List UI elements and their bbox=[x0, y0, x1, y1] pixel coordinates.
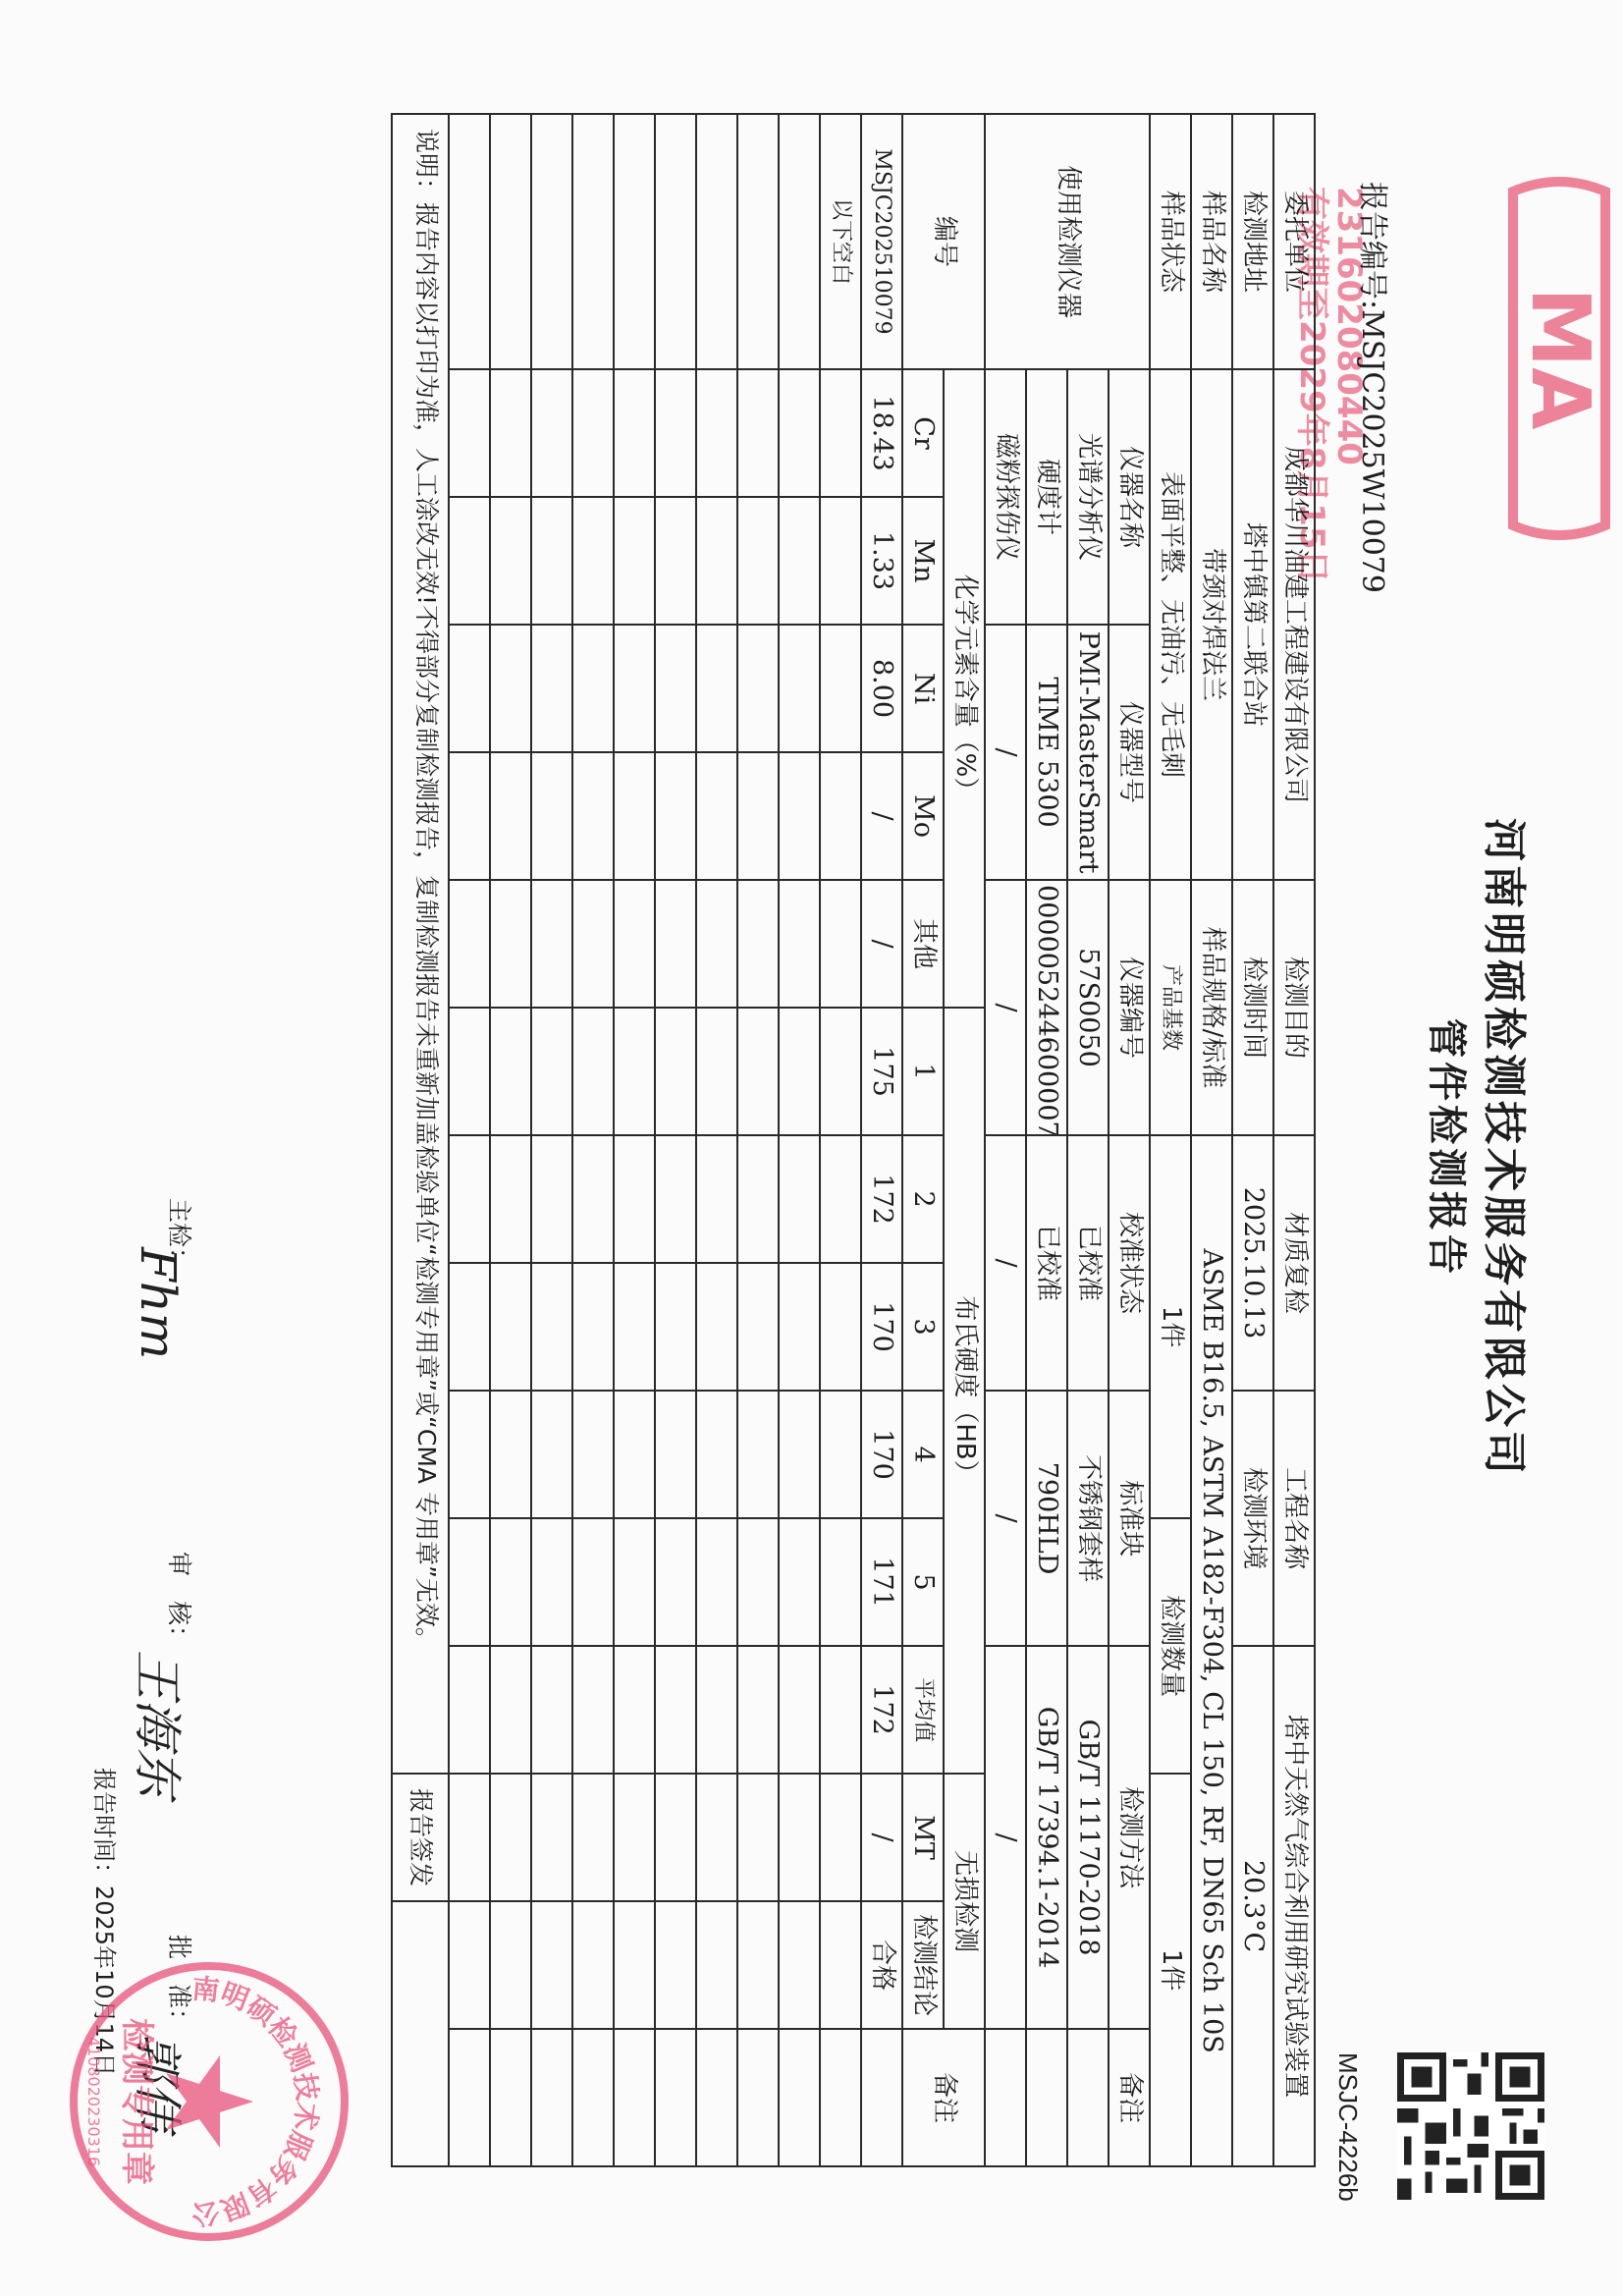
instrument-col-calibration: 校准状态 bbox=[1109, 1135, 1150, 1391]
info-row-client: 委托单位 成都华川油建工程建设有限公司 检测目的 材质复检 工程名称 塔中天然气… bbox=[1273, 114, 1315, 2166]
results-header-row: 编号 化学元素含量（%） 布氏硬度（HB） 无损检测 备注 bbox=[944, 114, 985, 2166]
report-number: 报告编号:MSJC2025W10079 bbox=[1354, 182, 1397, 593]
chem-section-label: 化学元素含量（%） bbox=[944, 369, 985, 1008]
spec-label: 样品规格/标准 bbox=[1191, 880, 1232, 1135]
results-row: MSJC202510079 18.43 1.33 8.00 / / 175 17… bbox=[861, 114, 902, 2166]
spec-value: ASME B16.5, ASTM A182-F304, CL 150, RF, … bbox=[1191, 1135, 1232, 2166]
chem-col-mn: Mn bbox=[902, 497, 944, 625]
instrument-col-block: 标准块 bbox=[1109, 1391, 1150, 1646]
base-qty-value: 1件 bbox=[1150, 1135, 1191, 1518]
form-code: MSJC-4226b bbox=[1332, 2052, 1363, 2202]
instrument-header-row: 使用检测仪器 仪器名称 仪器型号 仪器编号 校准状态 标准块 检测方法 备注 bbox=[1109, 114, 1150, 2166]
hard-5: 171 bbox=[861, 1518, 902, 1646]
empty-row bbox=[779, 114, 820, 2166]
chem-cr: 18.43 bbox=[861, 369, 902, 497]
chem-other: / bbox=[861, 880, 902, 1008]
state-label: 样品状态 bbox=[1150, 114, 1191, 369]
instrument-name: 磁粉探伤仪 bbox=[985, 369, 1026, 625]
info-row-sample: 样品名称 带颈对焊法兰 样品规格/标准 ASME B16.5, ASTM A18… bbox=[1191, 114, 1232, 2166]
instrument-method: / bbox=[985, 1646, 1026, 2029]
sample-id: MSJC202510079 bbox=[861, 114, 902, 369]
instrument-block: 不锈钢套样 bbox=[1067, 1391, 1109, 1646]
cma-stamp-icon: MA bbox=[1505, 172, 1613, 545]
blank-note-row: 以下空白 bbox=[820, 114, 861, 2166]
base-qty-label: 产品基数 bbox=[1150, 880, 1191, 1135]
signature-area bbox=[392, 1901, 449, 2166]
hard-col-2: 2 bbox=[902, 1135, 944, 1263]
instrument-name: 光谱分析仪 bbox=[1067, 369, 1109, 625]
instrument-col-remark: 备注 bbox=[1109, 2029, 1150, 2166]
empty-row bbox=[490, 114, 531, 2166]
info-row-state: 样品状态 表面平整、无油污、无毛刺 产品基数 1件 检测数量 1件 bbox=[1150, 114, 1191, 2166]
conclusion-label: 检测结论 bbox=[902, 1901, 944, 2029]
address-value: 塔中镇第二联合站 bbox=[1232, 369, 1273, 880]
report-title: 管件检测报告 bbox=[1422, 0, 1478, 2296]
instrument-col-model: 仪器型号 bbox=[1109, 625, 1150, 880]
instrument-block: / bbox=[985, 1391, 1026, 1646]
instrument-remark bbox=[985, 2029, 1026, 2166]
instrument-calibration: 已校准 bbox=[1026, 1135, 1067, 1391]
reviewer-signature: 王海东 bbox=[126, 1650, 196, 1797]
state-value: 表面平整、无油污、无毛刺 bbox=[1150, 369, 1191, 880]
blank-note: 以下空白 bbox=[820, 114, 861, 369]
hard-col-3: 3 bbox=[902, 1263, 944, 1391]
hard-col-1: 1 bbox=[902, 1008, 944, 1135]
project-value: 塔中天然气综合利用研究试验装置 bbox=[1273, 1646, 1315, 2166]
instrument-name: 硬度计 bbox=[1026, 369, 1067, 625]
hardness-section-label: 布氏硬度（HB） bbox=[944, 1008, 985, 1774]
purpose-value: 材质复检 bbox=[1273, 1135, 1315, 1391]
hard-col-avg: 平均值 bbox=[902, 1646, 944, 1774]
client-value: 成都华川油建工程建设有限公司 bbox=[1273, 369, 1315, 880]
instrument-model: TIME 5300 bbox=[1026, 625, 1067, 880]
hard-col-5: 5 bbox=[902, 1518, 944, 1646]
sign-label: 报告签发 bbox=[392, 1774, 449, 1901]
seal-sub-text: 检测专用章 bbox=[117, 2018, 156, 2185]
sample-name-label: 样品名称 bbox=[1191, 114, 1232, 369]
chem-mn: 1.33 bbox=[861, 497, 902, 625]
qr-code-icon bbox=[1397, 2052, 1544, 2200]
results-remark-label: 备注 bbox=[902, 2029, 985, 2166]
ndt-section-label: 无损检测 bbox=[944, 1774, 985, 2029]
instrument-serial: / bbox=[985, 880, 1026, 1135]
ndt-method: MT bbox=[902, 1774, 944, 1901]
report-time-label: 报告时间： bbox=[90, 1768, 118, 1886]
results-id-label: 编号 bbox=[902, 114, 985, 369]
seal-code: 4108020230316 bbox=[84, 2037, 103, 2166]
chem-col-cr: Cr bbox=[902, 369, 944, 497]
env-value: 20.3°C bbox=[1232, 1646, 1273, 2166]
report-number-value: MSJC2025W10079 bbox=[1355, 309, 1389, 593]
inspector-signature: Fhm bbox=[130, 1247, 187, 1359]
hard-1: 175 bbox=[861, 1008, 902, 1135]
sample-name-value: 带颈对焊法兰 bbox=[1191, 369, 1232, 880]
cma-text: MA bbox=[1513, 287, 1606, 430]
hard-2: 172 bbox=[861, 1135, 902, 1263]
instrument-row: 光谱分析仪 PMI-MasterSmart 57S0050 已校准 不锈钢套样 … bbox=[1067, 114, 1109, 2166]
empty-row bbox=[655, 114, 696, 2166]
chem-mo: / bbox=[861, 752, 902, 880]
project-label: 工程名称 bbox=[1273, 1391, 1315, 1646]
instrument-model: PMI-MasterSmart bbox=[1067, 625, 1109, 880]
chem-col-ni: Ni bbox=[902, 625, 944, 752]
instrument-col-name: 仪器名称 bbox=[1109, 369, 1150, 625]
hard-4: 170 bbox=[861, 1391, 902, 1518]
info-row-address: 检测地址 塔中镇第二联合站 检测时间 2025.10.13 检测环境 20.3°… bbox=[1232, 114, 1273, 2166]
instrument-remark bbox=[1026, 2029, 1067, 2166]
conclusion-value: 合格 bbox=[861, 1901, 902, 2029]
test-qty-value: 1件 bbox=[1150, 1774, 1191, 2166]
report-sheet: 河南明硕检测技术服务有限公司 管件检测报告 MA 231602080440 有效… bbox=[0, 0, 1623, 2296]
instrument-col-method: 检测方法 bbox=[1109, 1646, 1150, 2029]
empty-row bbox=[737, 114, 779, 2166]
instrument-model: / bbox=[985, 625, 1026, 880]
empty-rows bbox=[449, 114, 820, 2166]
client-label: 委托单位 bbox=[1273, 114, 1315, 369]
results-subheader-row: Cr Mn Ni Mo 其他 1 2 3 4 5 平均值 MT 检测结论 bbox=[902, 114, 944, 2166]
empty-row bbox=[572, 114, 614, 2166]
instrument-serial: 57S0050 bbox=[1067, 880, 1109, 1135]
result-remark bbox=[861, 2029, 902, 2166]
empty-row bbox=[696, 114, 737, 2166]
footer-row: 说明：报告内容以打印为准，人工涂改无效!不得部分复制检测报告，复制检测报告未重新… bbox=[392, 114, 449, 2166]
instrument-row: 硬度计 TIME 5300 000005244600007​8 已校准 790H… bbox=[1026, 114, 1067, 2166]
report-table: 委托单位 成都华川油建工程建设有限公司 检测目的 材质复检 工程名称 塔中天然气… bbox=[391, 113, 1316, 2167]
instrument-block: 790HLD bbox=[1026, 1391, 1067, 1646]
ndt-result: / bbox=[861, 1774, 902, 1901]
env-label: 检测环境 bbox=[1232, 1391, 1273, 1646]
chem-col-mo: Mo bbox=[902, 752, 944, 880]
instrument-method: GB/T 17394.1-2014 bbox=[1026, 1646, 1067, 2029]
chem-ni: 8.00 bbox=[861, 625, 902, 752]
instrument-row: 磁粉探伤仪 / / / / / bbox=[985, 114, 1026, 2166]
hard-3: 170 bbox=[861, 1263, 902, 1391]
report-number-label: 报告编号: bbox=[1355, 182, 1389, 309]
test-qty-label: 检测数量 bbox=[1150, 1518, 1191, 1774]
instrument-method: GB/T 11170-2018 bbox=[1067, 1646, 1109, 2029]
report-notes: 说明：报告内容以打印为准，人工涂改无效!不得部分复制检测报告，复制检测报告未重新… bbox=[392, 114, 449, 1774]
instrument-calibration: / bbox=[985, 1135, 1026, 1391]
instrument-section-label: 使用检测仪器 bbox=[985, 114, 1150, 369]
hard-col-4: 4 bbox=[902, 1391, 944, 1518]
instrument-remark bbox=[1067, 2029, 1109, 2166]
date-value: 2025.10.13 bbox=[1232, 1135, 1273, 1391]
empty-row bbox=[614, 114, 655, 2166]
instrument-calibration: 已校准 bbox=[1067, 1135, 1109, 1391]
chem-col-other: 其他 bbox=[902, 880, 944, 1008]
empty-row bbox=[449, 114, 490, 2166]
address-label: 检测地址 bbox=[1232, 114, 1273, 369]
reviewer-label: 审 核： bbox=[163, 1552, 198, 1650]
instrument-serial: 000005244600007​8 bbox=[1026, 880, 1067, 1135]
hard-avg: 172 bbox=[861, 1646, 902, 1774]
official-seal-icon: 河南明硕检测技术服务有限公司 检测专用章 4108020230316 bbox=[67, 1959, 352, 2244]
instrument-col-serial: 仪器编号 bbox=[1109, 880, 1150, 1135]
date-label: 检测时间 bbox=[1232, 880, 1273, 1135]
empty-row bbox=[531, 114, 572, 2166]
purpose-label: 检测目的 bbox=[1273, 880, 1315, 1135]
